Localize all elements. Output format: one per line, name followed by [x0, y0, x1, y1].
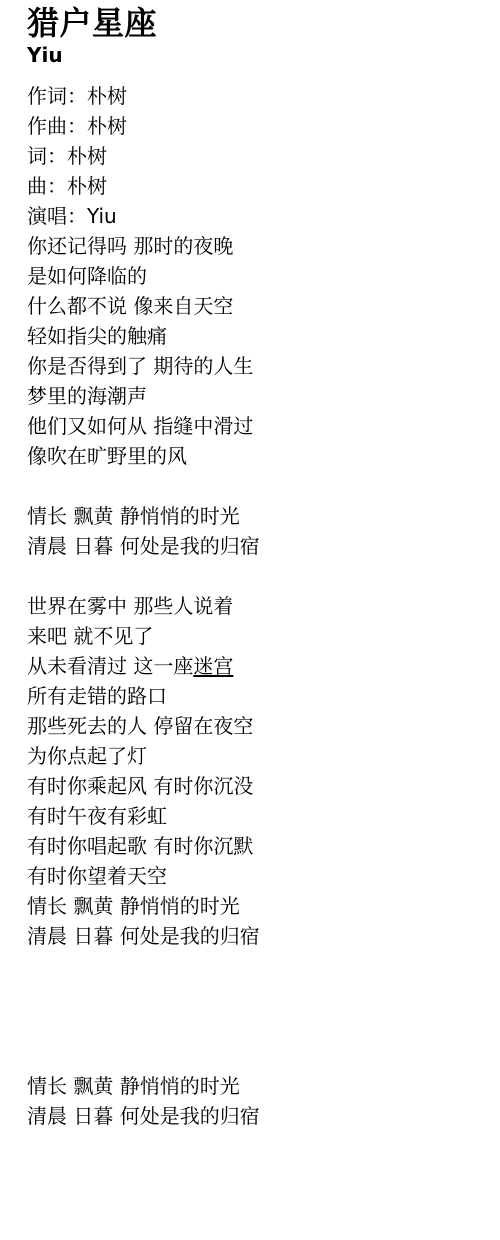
- lyric-line: 你是否得到了 期待的人生: [27, 351, 480, 381]
- lyric-line: 情长 飘黄 静悄悄的时光: [27, 1071, 480, 1101]
- lyric-line: 有时你望着天空: [27, 861, 480, 891]
- lyrics-page: 猎户星座 Yiu 作词：朴树作曲：朴树词：朴树曲：朴树演唱：Yiu 你还记得吗 …: [0, 0, 500, 1240]
- lyric-blank-line: [27, 981, 480, 1011]
- lyric-line: 像吹在旷野里的风: [27, 441, 480, 471]
- credit-line: 词：朴树: [27, 141, 480, 171]
- lyrics-body: 作词：朴树作曲：朴树词：朴树曲：朴树演唱：Yiu 你还记得吗 那时的夜晚是如何降…: [27, 81, 480, 1131]
- lyric-line: 情长 飘黄 静悄悄的时光: [27, 891, 480, 921]
- lyric-line: 有时午夜有彩虹: [27, 801, 480, 831]
- lyric-line: 情长 飘黄 静悄悄的时光: [27, 501, 480, 531]
- lyric-blank-line: [27, 1011, 480, 1041]
- lyric-line: 有时你乘起风 有时你沉没: [27, 771, 480, 801]
- credit-line: 作词：朴树: [27, 81, 480, 111]
- credits-section: 作词：朴树作曲：朴树词：朴树曲：朴树演唱：Yiu: [27, 81, 480, 231]
- lyric-line: 来吧 就不见了: [27, 621, 480, 651]
- lyric-line: 清晨 日暮 何处是我的归宿: [27, 531, 480, 561]
- lyric-blank-line: [27, 1041, 480, 1071]
- lyric-blank-line: [27, 561, 480, 591]
- lyric-line: 梦里的海潮声: [27, 381, 480, 411]
- lyric-line: 清晨 日暮 何处是我的归宿: [27, 1101, 480, 1131]
- lyric-line: 是如何降临的: [27, 261, 480, 291]
- lyric-line: 他们又如何从 指缝中滑过: [27, 411, 480, 441]
- lyric-line: 有时你唱起歌 有时你沉默: [27, 831, 480, 861]
- lyric-blank-line: [27, 951, 480, 981]
- credit-line: 作曲：朴树: [27, 111, 480, 141]
- lyrics-section: 你还记得吗 那时的夜晚是如何降临的什么都不说 像来自天空轻如指尖的触痛你是否得到…: [27, 231, 480, 1131]
- lyric-blank-line: [27, 471, 480, 501]
- credit-line: 演唱：Yiu: [27, 201, 480, 231]
- lyric-line: 轻如指尖的触痛: [27, 321, 480, 351]
- lyric-line: 什么都不说 像来自天空: [27, 291, 480, 321]
- lyric-text: 从未看清过 这一座: [27, 654, 193, 678]
- artist-name: Yiu: [27, 45, 480, 65]
- lyric-line: 清晨 日暮 何处是我的归宿: [27, 921, 480, 951]
- page-title: 猎户星座: [27, 5, 480, 42]
- lyric-line: 那些死去的人 停留在夜空: [27, 711, 480, 741]
- keyword-link[interactable]: 迷宫: [193, 654, 233, 678]
- credit-line: 曲：朴树: [27, 171, 480, 201]
- lyric-line: 你还记得吗 那时的夜晚: [27, 231, 480, 261]
- lyric-line: 所有走错的路口: [27, 681, 480, 711]
- lyric-line: 世界在雾中 那些人说着: [27, 591, 480, 621]
- lyric-line: 为你点起了灯: [27, 741, 480, 771]
- lyric-line: 从未看清过 这一座迷宫: [27, 651, 480, 681]
